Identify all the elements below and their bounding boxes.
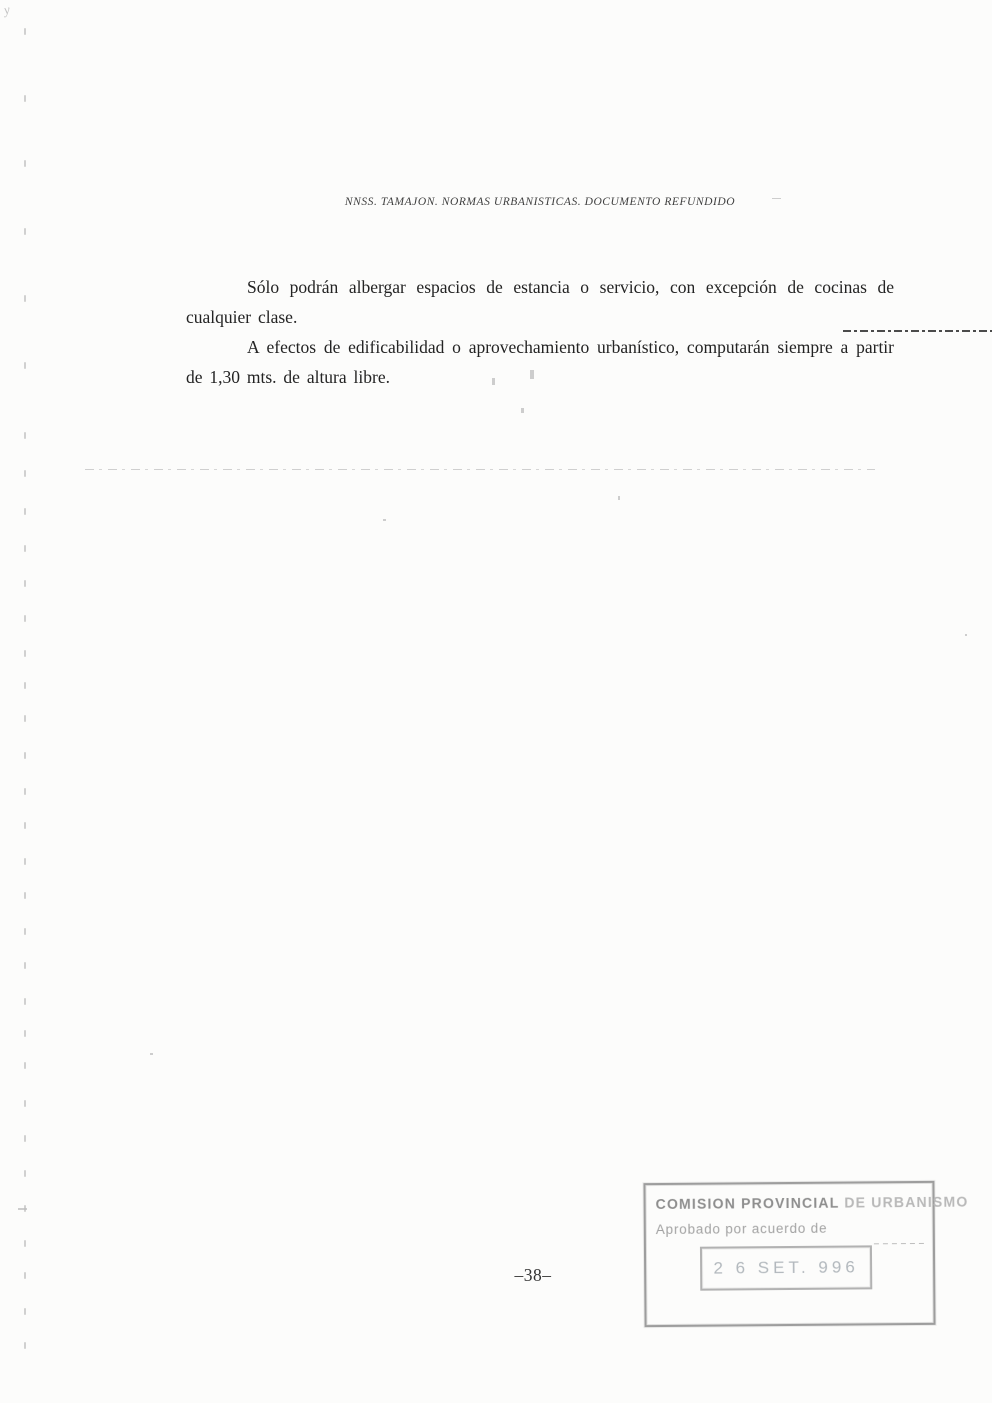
left-margin-mark xyxy=(24,295,26,302)
left-margin-mark xyxy=(24,432,26,439)
left-margin-mark xyxy=(24,1342,26,1349)
strike-dash-mark xyxy=(843,330,992,332)
document-running-header: NNSS. TAMAJON. NORMAS URBANISTICAS. DOCU… xyxy=(186,196,894,208)
scan-speck xyxy=(618,496,620,500)
left-margin-mark xyxy=(24,858,26,865)
scan-speck xyxy=(383,519,386,521)
left-margin-mark xyxy=(24,962,26,969)
left-margin-mark xyxy=(24,715,26,722)
left-margin-mark xyxy=(24,1272,26,1279)
left-margin-mark xyxy=(24,1135,26,1142)
left-margin-mark xyxy=(24,545,26,552)
left-margin-mark xyxy=(24,682,26,689)
scanned-document-page: y NNSS. TAMAJON. NORMAS URBANISTICAS. DO… xyxy=(0,0,992,1403)
stamp-title: COMISION PROVINCIAL DE URBANISMO xyxy=(656,1195,969,1213)
stamp-title-main: COMISION PROVINCIAL xyxy=(656,1196,845,1213)
left-margin-mark xyxy=(24,822,26,829)
left-margin-mark xyxy=(24,470,26,477)
corner-scan-squiggle: y xyxy=(2,2,11,19)
scan-speck xyxy=(965,634,967,636)
scan-speck xyxy=(18,1208,27,1210)
stamp-subtitle: Aprobado por acuerdo de xyxy=(656,1221,828,1237)
left-margin-mark xyxy=(24,160,26,167)
stamp-dash-line xyxy=(874,1243,926,1244)
left-margin-mark xyxy=(24,362,26,369)
left-margin-mark xyxy=(24,788,26,795)
left-margin-mark xyxy=(24,228,26,235)
scan-speck xyxy=(150,1053,153,1055)
left-margin-mark xyxy=(24,28,26,35)
left-margin-mark xyxy=(24,1062,26,1069)
left-margin-mark xyxy=(24,998,26,1005)
approval-stamp: COMISION PROVINCIAL DE URBANISMO Aprobad… xyxy=(643,1181,935,1327)
left-margin-mark xyxy=(24,508,26,515)
scan-speck xyxy=(521,408,524,413)
body-paragraph-1: Sólo podrán albergar espacios de estanci… xyxy=(186,272,894,332)
left-margin-mark xyxy=(24,928,26,935)
left-margin-mark xyxy=(24,892,26,899)
left-margin-mark xyxy=(24,1170,26,1177)
left-margin-mark xyxy=(24,1308,26,1315)
left-margin-mark xyxy=(24,95,26,102)
faint-dashed-rule xyxy=(85,469,875,470)
stamp-title-faded: DE URBANISMO xyxy=(844,1195,968,1212)
left-margin-mark xyxy=(24,615,26,622)
stamp-date-box: 2 6 SET. 996 xyxy=(700,1245,872,1290)
left-margin-mark xyxy=(24,1100,26,1107)
left-margin-mark xyxy=(24,580,26,587)
left-margin-mark xyxy=(24,1240,26,1247)
left-margin-mark xyxy=(24,650,26,657)
left-margin-mark xyxy=(24,752,26,759)
page-number: –38– xyxy=(483,1265,583,1286)
left-margin-mark xyxy=(24,1030,26,1037)
stamp-date: 2 6 SET. 996 xyxy=(713,1257,858,1278)
body-paragraph-2: A efectos de edificabilidad o aprovecham… xyxy=(186,332,894,392)
